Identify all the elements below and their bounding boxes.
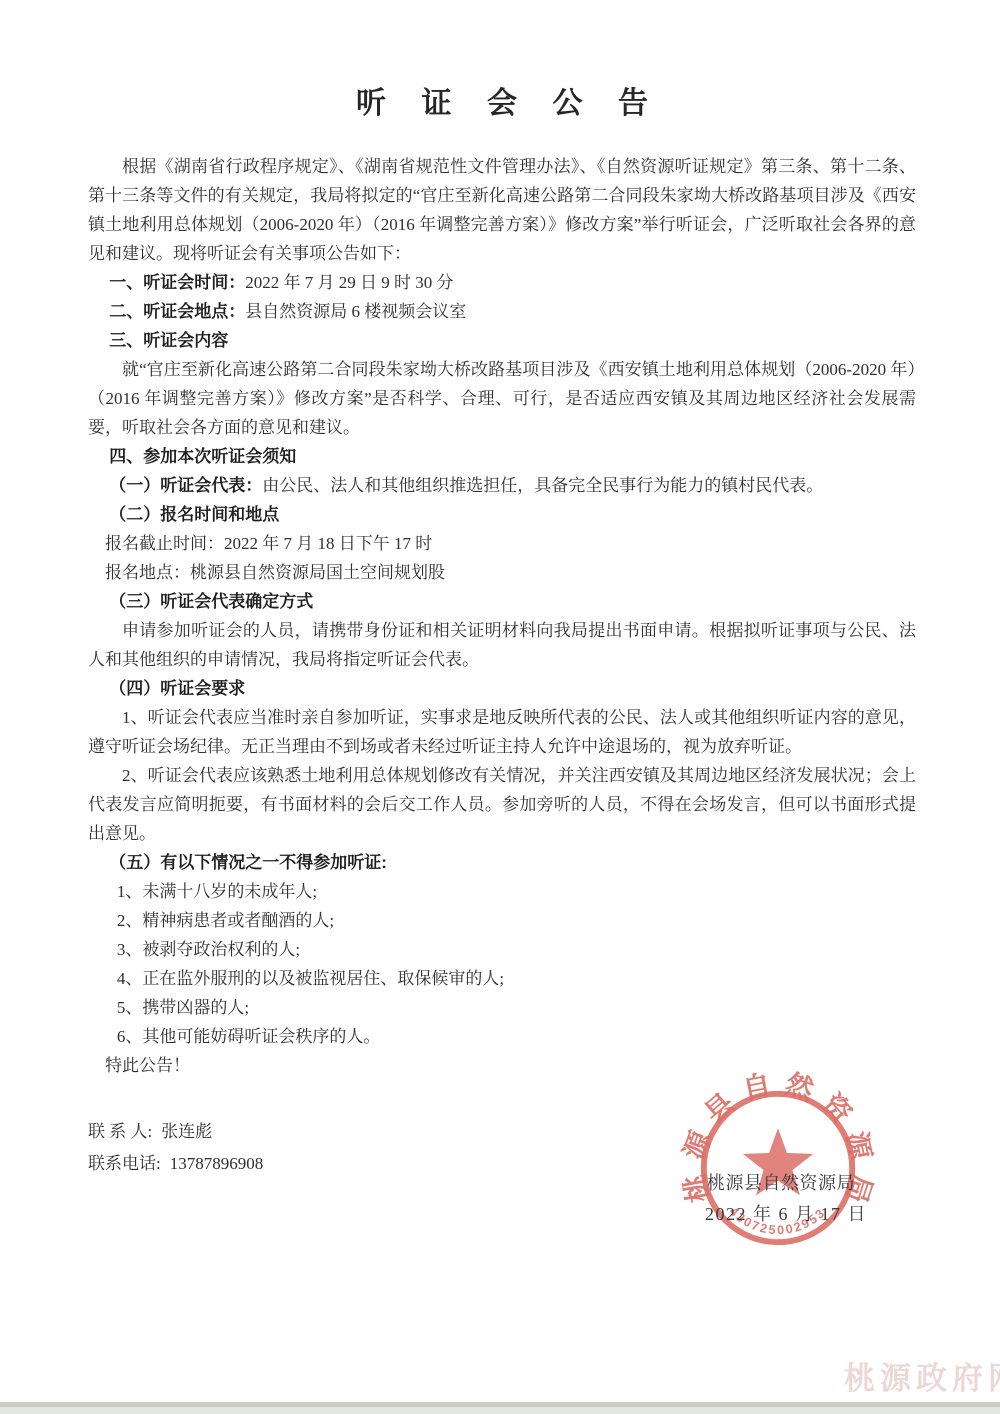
section-heading: （三）听证会代表确定方式 [88, 587, 916, 616]
page-title: 听 证 会 公 告 [88, 78, 916, 122]
paragraph: 2、精神病患者或者酗酒的人; [88, 906, 916, 935]
paragraph-text: 1、未满十八岁的未成年人; [117, 882, 317, 901]
section-heading: （五）有以下情况之一不得参加听证: [88, 848, 916, 877]
heading-lead: （五）有以下情况之一不得参加听证: [109, 853, 387, 872]
paragraph-text: 6、其他可能妨碍听证会秩序的人。 [117, 1027, 381, 1046]
paragraph-text: 报名地点：桃源县自然资源局国土空间规划股 [105, 563, 445, 582]
heading-lead: 四、参加本次听证会须知 [109, 447, 296, 466]
paragraph-text: 2、听证会代表应该熟悉土地利用总体规划修改有关情况，并关注西安镇及其周边地区经济… [88, 766, 916, 843]
paragraph-text: 3、被剥夺政治权利的人; [117, 940, 300, 959]
signature-org: 桃源县自然资源局 [707, 1169, 855, 1195]
page-edge-shadow [0, 1407, 1000, 1414]
paragraph-text: 1、听证会代表应当准时亲自参加听证，实事求是地反映所代表的公民、法人或其他组织听… [88, 708, 916, 756]
heading-lead: 三、听证会内容 [109, 331, 228, 350]
paragraph-text: 4、正在监外服刑的以及被监视居住、取保候审的人; [117, 969, 504, 988]
document-body: 根据《湖南省行政程序规定》、《湖南省规范性文件管理办法》、《自然资源听证规定》第… [88, 152, 916, 1080]
paragraph: 就“官庄至新化高速公路第二合同段朱家坳大桥改路基项目涉及《西安镇土地利用总体规划… [88, 355, 916, 442]
paragraph-text: 2022 年 7 月 29 日 9 时 30 分 [245, 273, 453, 292]
heading-lead: （一）听证会代表： [109, 476, 262, 495]
paragraph: 1、未满十八岁的未成年人; [88, 877, 916, 906]
paragraph-text: 报名截止时间：2022 年 7 月 18 日下午 17 时 [105, 534, 432, 553]
section-heading: 三、听证会内容 [88, 326, 916, 355]
paragraph-text: 根据《湖南省行政程序规定》、《湖南省规范性文件管理办法》、《自然资源听证规定》第… [88, 157, 916, 263]
section-heading: 一、听证会时间：2022 年 7 月 29 日 9 时 30 分 [88, 268, 916, 297]
section-heading: （一）听证会代表：由公民、法人和其他组织推选担任，具备完全民事行为能力的镇村民代… [88, 471, 916, 500]
heading-lead: （二）报名时间和地点 [109, 505, 279, 524]
paragraph: 报名地点：桃源县自然资源局国土空间规划股 [88, 558, 916, 587]
paragraph: 申请参加听证会的人员，请携带身份证和相关证明材料向我局提出书面申请。根据拟听证事… [88, 616, 916, 674]
paragraph: 4、正在监外服刑的以及被监视居住、取保候审的人; [88, 964, 916, 993]
contact-person-value: 张连彪 [161, 1122, 212, 1141]
paragraph: 6、其他可能妨碍听证会秩序的人。 [88, 1022, 916, 1051]
paragraph-text: 申请参加听证会的人员，请携带身份证和相关证明材料向我局提出书面申请。根据拟听证事… [88, 621, 916, 669]
contact-phone-label: 联系电话: [88, 1154, 161, 1173]
watermark-site-name: 桃源政府网 [844, 1353, 1000, 1398]
heading-lead: （三）听证会代表确定方式 [109, 592, 313, 611]
section-heading: 二、听证会地点：县自然资源局 6 楼视频会议室 [88, 297, 916, 326]
paragraph: 5、携带凶器的人; [88, 993, 916, 1022]
document-content: 听 证 会 公 告 根据《湖南省行政程序规定》、《湖南省规范性文件管理办法》、《… [0, 0, 1000, 1180]
official-seal: 桃源县自然资源局 4307250029536 [672, 1062, 884, 1274]
paragraph-text: 由公民、法人和其他组织推选担任，具备完全民事行为能力的镇村民代表。 [262, 476, 823, 495]
paragraph-text: 2、精神病患者或者酗酒的人; [117, 911, 334, 930]
paragraph: 报名截止时间：2022 年 7 月 18 日下午 17 时 [88, 529, 916, 558]
paragraph: 1、听证会代表应当准时亲自参加听证，实事求是地反映所代表的公民、法人或其他组织听… [88, 703, 916, 761]
section-heading: （四）听证会要求 [88, 674, 916, 703]
paragraph-text: 5、携带凶器的人; [117, 998, 249, 1017]
document-page: 听 证 会 公 告 根据《湖南省行政程序规定》、《湖南省规范性文件管理办法》、《… [0, 0, 1000, 1414]
section-heading: （二）报名时间和地点 [88, 500, 916, 529]
section-heading: 四、参加本次听证会须知 [88, 442, 916, 471]
paragraph: 3、被剥夺政治权利的人; [88, 935, 916, 964]
paragraph-text: 县自然资源局 6 楼视频会议室 [245, 302, 466, 321]
contact-person-label: 联 系 人: [88, 1122, 152, 1141]
paragraph-text: 就“官庄至新化高速公路第二合同段朱家坳大桥改路基项目涉及《西安镇土地利用总体规划… [88, 360, 916, 437]
heading-lead: 一、听证会时间： [109, 273, 245, 292]
paragraph: 2、听证会代表应该熟悉土地利用总体规划修改有关情况，并关注西安镇及其周边地区经济… [88, 761, 916, 848]
contact-phone-value: 13787896908 [170, 1154, 264, 1173]
paragraph-text: 特此公告！ [105, 1056, 190, 1075]
heading-lead: 二、听证会地点： [109, 302, 245, 321]
heading-lead: （四）听证会要求 [109, 679, 245, 698]
signature-date: 2022 年 6 月 17 日 [705, 1200, 867, 1226]
paragraph: 根据《湖南省行政程序规定》、《湖南省规范性文件管理办法》、《自然资源听证规定》第… [88, 152, 916, 268]
